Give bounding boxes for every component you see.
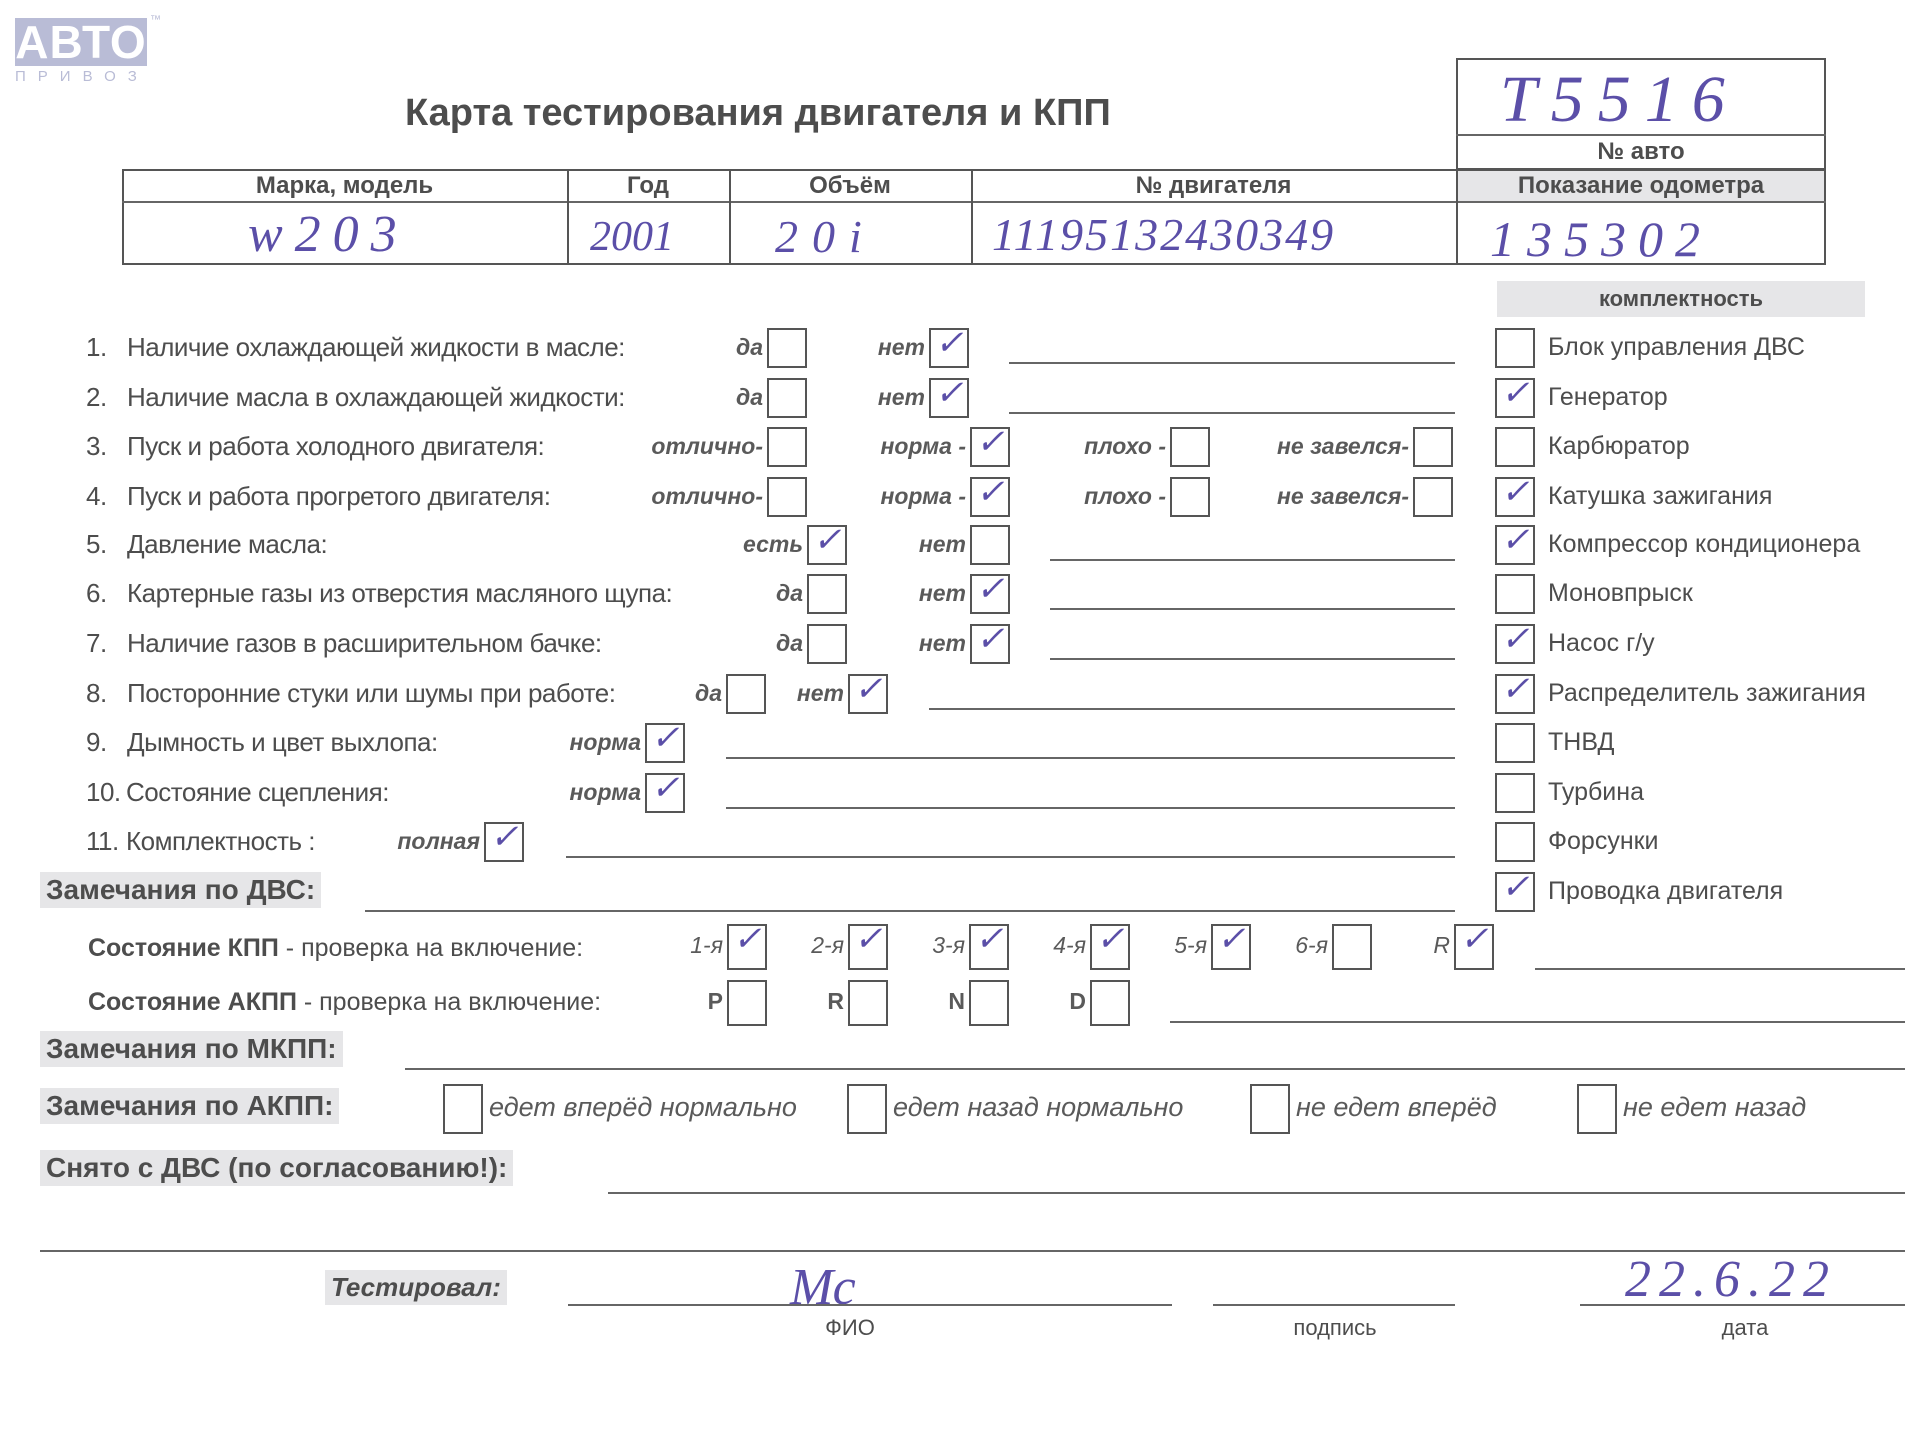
check-mark-icon: ✓	[975, 920, 1004, 960]
remarks-line[interactable]	[1050, 658, 1455, 660]
checkbox[interactable]	[767, 427, 807, 467]
completeness-item-label: Распределитель зажигания	[1548, 679, 1866, 708]
akpp-remark-label: едет вперёд нормально	[489, 1092, 797, 1123]
logo-subtitle: ПРИВОЗ	[15, 68, 149, 85]
akpp-remarks-line[interactable]	[1170, 1021, 1905, 1023]
gear-checkbox[interactable]: ✓	[1211, 924, 1251, 970]
gear-label: 3-я	[932, 932, 965, 959]
question-number: 3.	[86, 431, 107, 462]
remarks-akpp-label: Замечания по АКПП:	[40, 1088, 339, 1124]
completeness-checkbox[interactable]	[1495, 723, 1535, 763]
option-label: не завелся-	[1277, 433, 1409, 460]
logo: АВТО	[15, 18, 147, 66]
question-label: Комплектность :	[126, 826, 315, 857]
option-label: да	[695, 680, 722, 707]
question-number: 9.	[86, 727, 107, 758]
option-label: нет	[797, 680, 844, 707]
option-label: нет	[878, 384, 925, 411]
kpp-label-bold: Состояние КПП	[88, 934, 279, 962]
divider	[1456, 134, 1826, 136]
option-label: полная	[397, 828, 480, 855]
completeness-item-label: Катушка зажигания	[1548, 482, 1772, 511]
question-label: Наличие масла в охлаждающей жидкости:	[127, 382, 625, 413]
completeness-checkbox[interactable]	[1495, 574, 1535, 614]
question-number: 8.	[86, 678, 107, 709]
completeness-item-label: Моновпрыск	[1548, 579, 1693, 608]
akpp-remark-label: не едет вперёд	[1296, 1092, 1497, 1123]
check-mark-icon: ✓	[1217, 920, 1246, 960]
completeness-checkbox[interactable]	[1495, 773, 1535, 813]
gear-checkbox[interactable]: ✓	[727, 924, 767, 970]
page-title: Карта тестирования двигателя и КПП	[405, 92, 1111, 135]
checkbox[interactable]: ✓	[484, 822, 524, 862]
check-mark-icon: ✓	[490, 818, 519, 858]
model-value[interactable]: w203	[248, 205, 409, 264]
col-header-model: Марка, модель	[122, 172, 567, 200]
remarks-line[interactable]	[726, 757, 1455, 759]
completeness-item-label: Генератор	[1548, 383, 1668, 412]
checkbox[interactable]	[970, 525, 1010, 565]
gear-checkbox[interactable]	[1332, 924, 1372, 970]
option-label: да	[736, 334, 763, 361]
checkbox[interactable]: ✓	[848, 674, 888, 714]
checkbox[interactable]	[807, 574, 847, 614]
name-line[interactable]	[568, 1304, 1172, 1306]
removed-line[interactable]	[608, 1192, 1905, 1194]
gear-label: 4-я	[1053, 932, 1086, 959]
akpp-remark-checkbox[interactable]	[1577, 1084, 1617, 1134]
gear-label: 2-я	[811, 932, 844, 959]
option-label: да	[736, 384, 763, 411]
akpp-remark-checkbox[interactable]	[1250, 1084, 1290, 1134]
checkbox[interactable]	[1170, 477, 1210, 517]
check-mark-icon: ✓	[976, 620, 1005, 660]
year-value[interactable]: 2001	[590, 213, 674, 261]
checkbox[interactable]: ✓	[645, 773, 685, 813]
col-header-odometer: Показание одометра	[1456, 172, 1826, 200]
remarks-mkpp-line[interactable]	[405, 1068, 1905, 1070]
option-label: плохо -	[1084, 433, 1166, 460]
check-mark-icon: ✓	[976, 473, 1005, 513]
akpp-label-bold: Состояние АКПП	[88, 988, 297, 1016]
akpp-remark-checkbox[interactable]	[847, 1084, 887, 1134]
akpp-remark-label: едет назад нормально	[893, 1092, 1183, 1123]
checkbox[interactable]: ✓	[929, 378, 969, 418]
checkbox[interactable]: ✓	[970, 477, 1010, 517]
gear-checkbox[interactable]: ✓	[848, 924, 888, 970]
option-label: норма -	[880, 433, 966, 460]
odometer-value[interactable]: 135302	[1490, 210, 1712, 268]
akpp-label: Состояние АКПП - проверка на включение:	[88, 988, 601, 1017]
mode-checkbox[interactable]	[848, 980, 888, 1026]
option-label: не завелся-	[1277, 483, 1409, 510]
option-label: отлично-	[651, 433, 763, 460]
completeness-item-label: Компрессор кондиционера	[1548, 530, 1860, 559]
option-label: нет	[919, 630, 966, 657]
completeness-checkbox[interactable]: ✓	[1495, 674, 1535, 714]
kpp-label: Состояние КПП - проверка на включение:	[88, 934, 583, 963]
check-mark-icon: ✓	[733, 920, 762, 960]
removed-label: Снято с ДВС (по согласованию!):	[40, 1150, 513, 1186]
checkbox[interactable]	[726, 674, 766, 714]
check-mark-icon: ✓	[935, 324, 964, 364]
check-mark-icon: ✓	[935, 374, 964, 414]
akpp-remark-label: не едет назад	[1623, 1092, 1806, 1123]
gear-checkbox[interactable]: ✓	[1090, 924, 1130, 970]
question-label: Посторонние стуки или шумы при работе:	[127, 678, 615, 709]
col-header-year: Год	[567, 172, 729, 200]
question-number: 10.	[86, 777, 121, 808]
completeness-item-label: Форсунки	[1548, 827, 1659, 856]
checkbox[interactable]	[807, 624, 847, 664]
question-label: Пуск и работа прогретого двигателя:	[127, 481, 550, 512]
logo-trademark: ™	[150, 14, 161, 26]
header-row-divider	[122, 201, 1826, 203]
check-mark-icon: ✓	[813, 521, 842, 561]
mode-checkbox[interactable]	[969, 980, 1009, 1026]
car-number-value[interactable]: T5516	[1500, 62, 1739, 138]
gear-checkbox[interactable]: ✓	[1454, 924, 1494, 970]
check-mark-icon: ✓	[976, 570, 1005, 610]
checkbox[interactable]: ✓	[970, 624, 1010, 664]
kpp-remarks-line[interactable]	[1535, 968, 1905, 970]
question-label: Давление масла:	[127, 529, 327, 560]
check-mark-icon: ✓	[1501, 868, 1530, 908]
car-number-label: № авто	[1456, 138, 1826, 166]
signature-line[interactable]	[1213, 1304, 1455, 1306]
option-label: да	[776, 580, 803, 607]
check-mark-icon: ✓	[854, 670, 883, 710]
mode-label: P	[708, 988, 723, 1015]
question-number: 1.	[86, 332, 107, 363]
question-number: 5.	[86, 529, 107, 560]
remarks-mkpp-label: Замечания по МКПП:	[40, 1031, 343, 1067]
completeness-checkbox[interactable]	[1495, 822, 1535, 862]
akpp-remark-checkbox[interactable]	[443, 1084, 483, 1134]
option-label: отлично-	[651, 483, 763, 510]
checkbox[interactable]	[767, 378, 807, 418]
col-header-volume: Объём	[729, 172, 971, 200]
question-number: 11.	[86, 826, 119, 857]
completeness-checkbox[interactable]: ✓	[1495, 872, 1535, 912]
akpp-label-rest: - проверка на включение:	[297, 988, 601, 1016]
tester-name-value[interactable]: Мс	[790, 1258, 856, 1317]
check-mark-icon: ✓	[651, 769, 680, 809]
engine-number-value[interactable]: 11195132430349	[992, 208, 1335, 261]
check-mark-icon: ✓	[854, 920, 883, 960]
remarks-line[interactable]	[929, 708, 1455, 710]
checkbox[interactable]: ✓	[929, 328, 969, 368]
caption-signature: подпись	[1255, 1315, 1415, 1341]
completeness-item-label: Карбюратор	[1548, 432, 1690, 461]
completeness-title: комплектность	[1497, 281, 1865, 317]
question-label: Пуск и работа холодного двигателя:	[127, 431, 544, 462]
checkbox[interactable]: ✓	[970, 427, 1010, 467]
option-label: плохо -	[1084, 483, 1166, 510]
completeness-item-label: Блок управления ДВС	[1548, 333, 1805, 362]
completeness-checkbox[interactable]: ✓	[1495, 624, 1535, 664]
option-label: нет	[878, 334, 925, 361]
mode-label: R	[827, 988, 844, 1015]
question-label: Состояние сцепления:	[126, 777, 389, 808]
remarks-dvs-label: Замечания по ДВС:	[40, 872, 321, 908]
option-label: нет	[919, 580, 966, 607]
mode-label: N	[948, 988, 965, 1015]
question-label: Дымность и цвет выхлопа:	[127, 727, 438, 758]
completeness-item-label: Проводка двигателя	[1548, 877, 1783, 906]
check-mark-icon: ✓	[1501, 374, 1530, 414]
caption-date: дата	[1665, 1315, 1825, 1341]
completeness-checkbox[interactable]: ✓	[1495, 525, 1535, 565]
remarks-line[interactable]	[1050, 559, 1455, 561]
mode-checkbox[interactable]	[1090, 980, 1130, 1026]
question-number: 2.	[86, 382, 107, 413]
question-label: Наличие газов в расширительном бачке:	[127, 628, 602, 659]
check-mark-icon: ✓	[1501, 521, 1530, 561]
remarks-line[interactable]	[1009, 362, 1455, 364]
option-label: нет	[919, 531, 966, 558]
check-mark-icon: ✓	[1501, 473, 1530, 513]
checkbox[interactable]	[1170, 427, 1210, 467]
check-mark-icon: ✓	[1501, 670, 1530, 710]
question-number: 4.	[86, 481, 107, 512]
completeness-item-label: ТНВД	[1548, 728, 1614, 757]
check-mark-icon: ✓	[1096, 920, 1125, 960]
check-mark-icon: ✓	[976, 423, 1005, 463]
option-label: норма -	[880, 483, 966, 510]
mode-checkbox[interactable]	[727, 980, 767, 1026]
tested-label: Тестировал:	[325, 1270, 507, 1305]
completeness-item-label: Турбина	[1548, 778, 1644, 807]
kpp-label-rest: - проверка на включение:	[279, 934, 583, 962]
question-number: 6.	[86, 578, 107, 609]
checkbox[interactable]: ✓	[807, 525, 847, 565]
date-value[interactable]: 22.6.22	[1625, 1250, 1837, 1309]
gear-checkbox[interactable]: ✓	[969, 924, 1009, 970]
col-header-engine-no: № двигателя	[971, 172, 1456, 200]
remarks-line[interactable]	[1050, 608, 1455, 610]
gear-label: 6-я	[1295, 932, 1328, 959]
completeness-item-label: Насос г/у	[1548, 629, 1655, 658]
gear-label: R	[1433, 932, 1450, 959]
question-label: Картерные газы из отверстия масляного щу…	[127, 578, 672, 609]
completeness-checkbox[interactable]: ✓	[1495, 378, 1535, 418]
option-label: есть	[743, 531, 803, 558]
completeness-checkbox[interactable]: ✓	[1495, 477, 1535, 517]
mode-label: D	[1069, 988, 1086, 1015]
check-mark-icon: ✓	[1460, 920, 1489, 960]
question-label: Наличие охлаждающей жидкости в масле:	[127, 332, 625, 363]
caption-name: ФИО	[770, 1315, 930, 1341]
remarks-line[interactable]	[1009, 412, 1455, 414]
option-label: норма	[570, 779, 642, 806]
volume-value[interactable]: 20i	[775, 210, 876, 263]
completeness-checkbox[interactable]	[1495, 427, 1535, 467]
remarks-dvs-line[interactable]	[365, 910, 1455, 912]
checkbox[interactable]	[1413, 477, 1453, 517]
completeness-checkbox[interactable]	[1495, 328, 1535, 368]
check-mark-icon: ✓	[1501, 620, 1530, 660]
checkbox[interactable]	[767, 477, 807, 517]
removed-text: Снято с ДВС (по согласованию!):	[46, 1152, 507, 1183]
option-label: да	[776, 630, 803, 657]
question-number: 7.	[86, 628, 107, 659]
checkbox[interactable]: ✓	[645, 723, 685, 763]
remarks-line[interactable]	[726, 807, 1455, 809]
checkbox[interactable]	[767, 328, 807, 368]
option-label: норма	[570, 729, 642, 756]
gear-label: 5-я	[1174, 932, 1207, 959]
checkbox[interactable]: ✓	[970, 574, 1010, 614]
checkbox[interactable]	[1413, 427, 1453, 467]
date-line[interactable]	[1580, 1304, 1905, 1306]
check-mark-icon: ✓	[651, 719, 680, 759]
remarks-line[interactable]	[566, 856, 1455, 858]
gear-label: 1-я	[690, 932, 723, 959]
